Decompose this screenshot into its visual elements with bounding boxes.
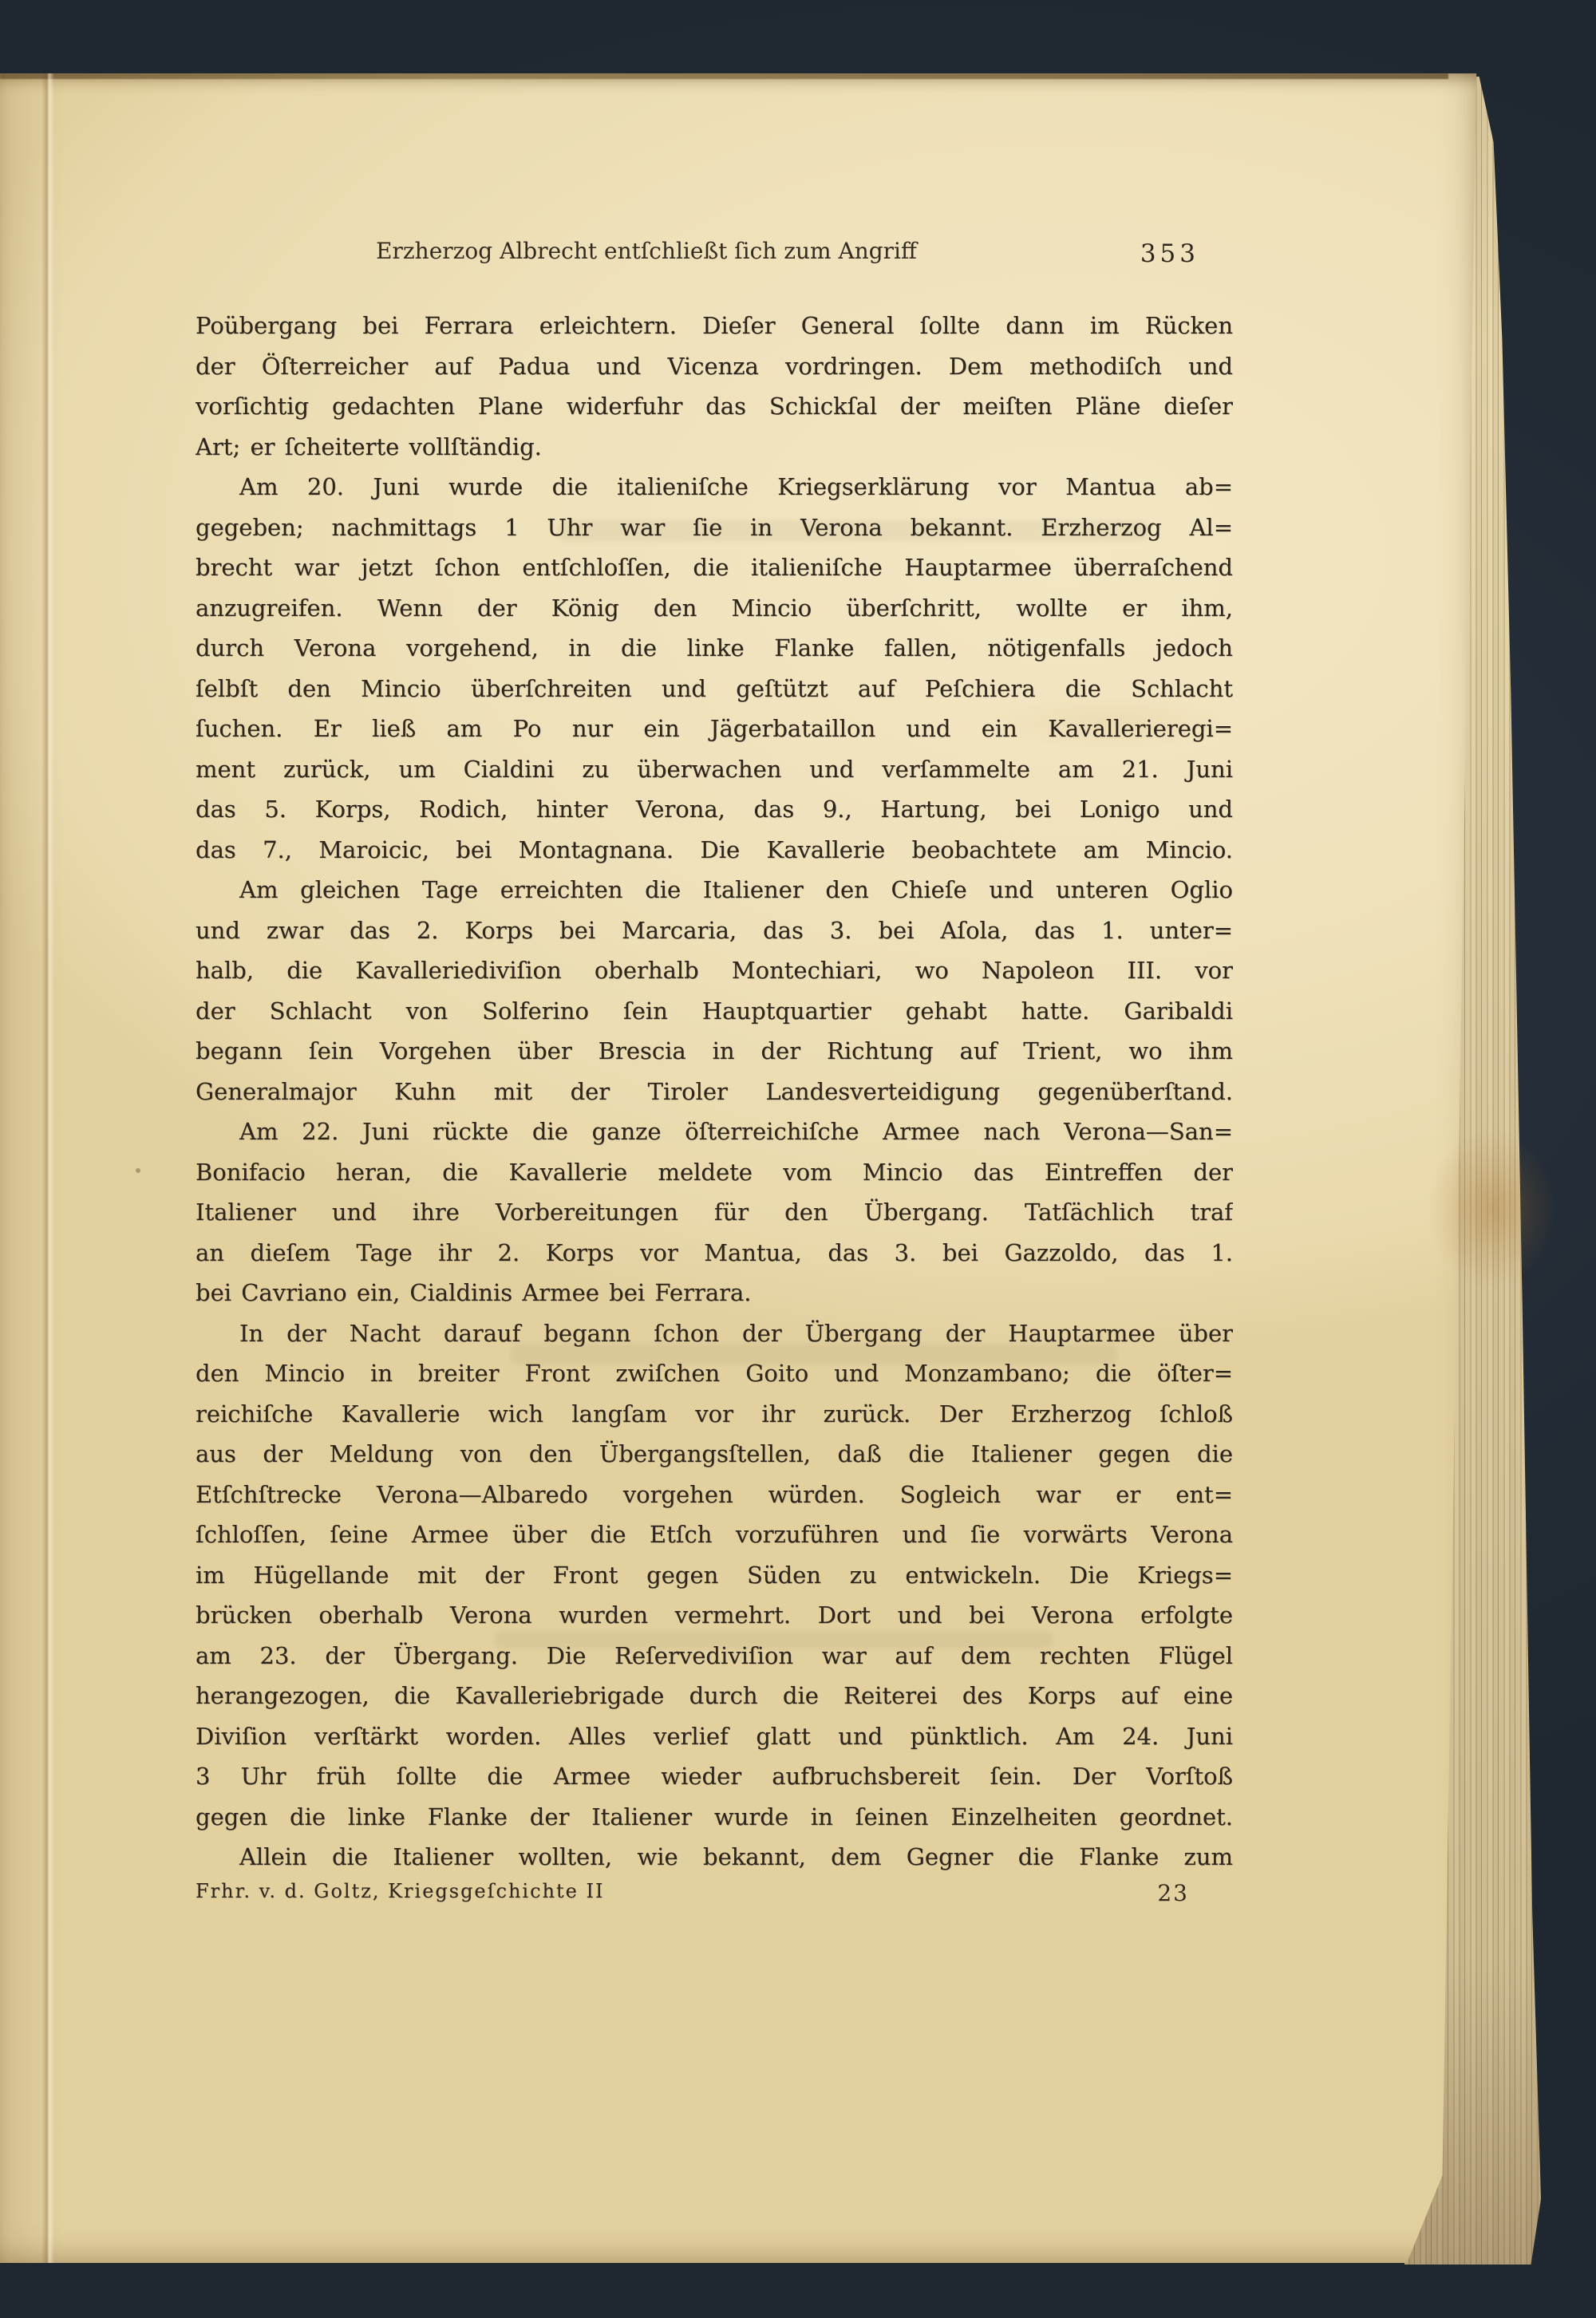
page-number: 353: [1140, 239, 1199, 268]
text-line: Generalmajor Kuhn mit der Tiroler Landes…: [196, 1072, 1233, 1112]
text-line: anzugreifen. Wenn der König den Mincio ü…: [196, 588, 1233, 629]
text-line: herangezogen, die Kavalleriebrigade durc…: [196, 1676, 1233, 1716]
text-line: brücken oberhalb Verona wurden vermehrt.…: [196, 1595, 1233, 1636]
text-line: Poübergang bei Ferrara erleichtern. Dieſ…: [196, 306, 1233, 346]
book-page: Erzherzog Albrecht entſchließt ſich zum …: [0, 73, 1478, 2263]
text-line: aus der Meldung von den Übergangsſtellen…: [196, 1434, 1233, 1475]
text-line: den Mincio in breiter Front zwiſchen Goi…: [196, 1353, 1233, 1394]
footer-signature: Frhr. v. d. Goltz, Kriegsgeſchichte II: [196, 1880, 604, 1902]
text-line: Allein die Italiener wollten, wie bekann…: [196, 1837, 1233, 1878]
gutter-crease: [41, 73, 54, 2263]
text-line: Diviſion verſtärkt worden. Alles verlief…: [196, 1716, 1233, 1757]
text-line: gegen die linke Flanke der Italiener wur…: [196, 1797, 1233, 1838]
text-line: am 23. der Übergang. Die Reſervediviſion…: [196, 1636, 1233, 1676]
text-line: im Hügellande mit der Front gegen Süden …: [196, 1555, 1233, 1596]
text-line: vorſichtig gedachten Plane widerfuhr das…: [196, 386, 1233, 427]
text-line: Am 20. Juni wurde die italieniſche Krieg…: [196, 467, 1233, 507]
text-line: begann ſein Vorgehen über Brescia in der…: [196, 1031, 1233, 1072]
text-line: 3 Uhr früh ſollte die Armee wieder aufbr…: [196, 1756, 1233, 1797]
text-line: Art; er ſcheiterte vollſtändig.: [196, 427, 1233, 468]
text-line: und zwar das 2. Korps bei Marcaria, das …: [196, 910, 1233, 951]
text-line: ſuchen. Er ließ am Po nur ein Jägerbatai…: [196, 709, 1233, 749]
body-text: Poübergang bei Ferrara erleichtern. Dieſ…: [196, 306, 1233, 1878]
text-line: brecht war jetzt ſchon entſchloſſen, die…: [196, 547, 1233, 588]
text-line: Am gleichen Tage erreichten die Italiene…: [196, 870, 1233, 910]
text-line: an dieſem Tage ihr 2. Korps vor Mantua, …: [196, 1233, 1233, 1274]
text-line: Etſchſtrecke Verona—Albaredo vorgehen wü…: [196, 1475, 1233, 1515]
footer-sheet-number: 23: [1157, 1880, 1189, 1906]
text-line: halb, die Kavalleriediviſion oberhalb Mo…: [196, 950, 1233, 991]
text-line: das 5. Korps, Rodich, hinter Verona, das…: [196, 789, 1233, 830]
scanned-book-photo: { "page": { "header": { "running_title":…: [0, 0, 1596, 2318]
text-line: der Schlacht von Solferino ſein Hauptqua…: [196, 991, 1233, 1032]
text-line: Am 22. Juni rückte die ganze öſterreichi…: [196, 1112, 1233, 1152]
text-line: gegeben; nachmittags 1 Uhr war ſie in Ve…: [196, 507, 1233, 548]
text-line: durch Verona vorgehend, in die linke Fla…: [196, 628, 1233, 669]
text-line: reichiſche Kavallerie wich langſam vor i…: [196, 1394, 1233, 1435]
page-footer: Frhr. v. d. Goltz, Kriegsgeſchichte II 2…: [196, 1880, 1233, 1912]
text-line: Bonifacio heran, die Kavallerie meldete …: [196, 1152, 1233, 1193]
text-line: In der Nacht darauf begann ſchon der Übe…: [196, 1313, 1233, 1354]
text-line: ment zurück, um Cialdini zu überwachen u…: [196, 749, 1233, 790]
paper-speck: [136, 1168, 140, 1173]
text-line: Italiener und ihre Vorbereitungen für de…: [196, 1192, 1233, 1233]
text-line: das 7., Maroicic, bei Montagnana. Die Ka…: [196, 830, 1233, 871]
text-line: bei Cavriano ein, Cialdinis Armee bei Fe…: [196, 1273, 1233, 1313]
running-title: Erzherzog Albrecht entſchließt ſich zum …: [196, 238, 1233, 265]
text-line: ſelbſt den Mincio überſchreiten und geſt…: [196, 669, 1233, 709]
text-line: ſchloſſen, ſeine Armee über die Etſch vo…: [196, 1514, 1233, 1555]
text-line: der Öſterreicher auf Padua und Vicenza v…: [196, 346, 1233, 387]
